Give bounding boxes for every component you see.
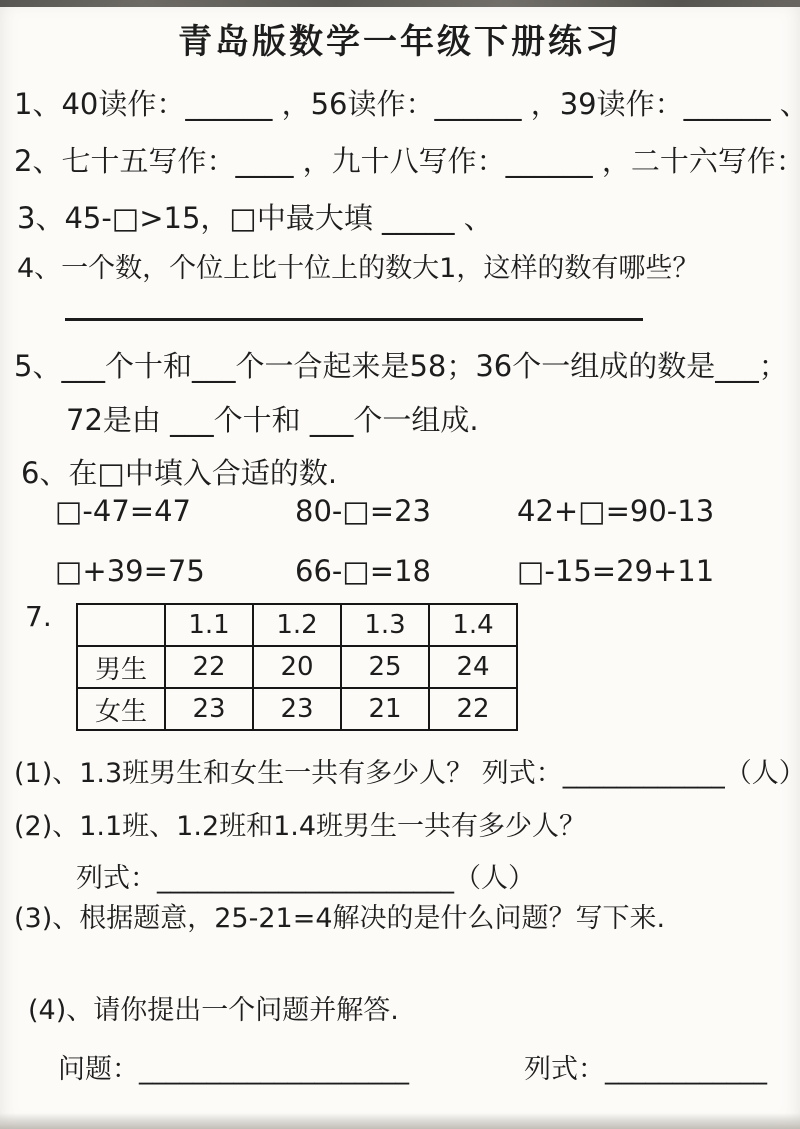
scan-edge-top — [0, 0, 800, 7]
table-corner-cell — [77, 604, 165, 646]
question-4-answer-line — [65, 318, 643, 321]
question-5-line1: 5、___个十和___个一合起来是58；36个一组成的数是___； — [14, 344, 788, 385]
question-7-sub3: (3)、根据题意，25-21=4解决的是什么问题？写下来. — [14, 896, 665, 935]
table-cell: 22 — [429, 688, 517, 730]
page-title: 青岛版数学一年级下册练习 — [0, 14, 800, 63]
class-count-table: 1.11.21.31.4男生22202524女生23232122 — [76, 603, 518, 731]
table-header-row: 1.11.21.31.4 — [77, 604, 517, 646]
question-7-sub4-expression-blank: 列式：____________ — [524, 1047, 767, 1086]
table-row-label: 男生 — [77, 646, 165, 688]
question-2: 2、七十五写作：____ ，九十八写作：______ ，二十六写作：____ 、 — [14, 139, 800, 180]
table-cell: 23 — [165, 688, 253, 730]
equation: □+39=75 — [55, 554, 295, 588]
equation: 42+□=90-13 — [517, 494, 775, 528]
equation: □-47=47 — [55, 494, 295, 528]
equation: □-15=29+11 — [517, 554, 775, 588]
table-cell: 22 — [165, 646, 253, 688]
question-6-label: 6、在□中填入合适的数. — [21, 451, 337, 492]
question-1: 1、40读作：______ ，56读作：______ ，39读作：______ … — [14, 82, 800, 123]
question-5-line2: 72是由 ___个十和 ___个一组成. — [66, 398, 479, 439]
table-cell: 23 — [253, 688, 341, 730]
equation: 80-□=23 — [295, 494, 517, 528]
question-3: 3、45-□>15，□中最大填 _____ 、 — [17, 196, 493, 237]
table-header-cell: 1.4 — [429, 604, 517, 646]
table-header-cell: 1.3 — [341, 604, 429, 646]
question-7-sub4: (4)、请你提出一个问题并解答. — [28, 988, 399, 1027]
scan-edge-bottom — [0, 1113, 800, 1129]
equation-grid: □-47=4780-□=2342+□=90-13□+39=7566-□=18□-… — [55, 494, 775, 588]
question-7-sub2: (2)、1.1班、1.2班和1.4班男生一共有多少人？ — [14, 804, 586, 843]
table-row: 男生22202524 — [77, 646, 517, 688]
table-cell: 24 — [429, 646, 517, 688]
question-7-sub4-question-blank: 问题：____________________ — [58, 1047, 409, 1086]
table-header-cell: 1.2 — [253, 604, 341, 646]
question-7-number: 7. — [25, 600, 52, 633]
equation: 66-□=18 — [295, 554, 517, 588]
table-header-cell: 1.1 — [165, 604, 253, 646]
question-4: 4、一个数，个位上比十位上的数大1，这样的数有哪些？ — [17, 246, 699, 285]
table-row: 女生23232122 — [77, 688, 517, 730]
table-cell: 20 — [253, 646, 341, 688]
question-7-sub2-expression-line: 列式：______________________（人） — [76, 856, 535, 895]
table-cell: 21 — [341, 688, 429, 730]
class-count-table-body: 1.11.21.31.4男生22202524女生23232122 — [77, 604, 517, 730]
question-7-sub1: (1)、1.3班男生和女生一共有多少人？ 列式：____________（人） — [14, 751, 800, 790]
table-row-label: 女生 — [77, 688, 165, 730]
worksheet-page: 青岛版数学一年级下册练习 1、40读作：______ ，56读作：______ … — [0, 0, 800, 1129]
table-cell: 25 — [341, 646, 429, 688]
